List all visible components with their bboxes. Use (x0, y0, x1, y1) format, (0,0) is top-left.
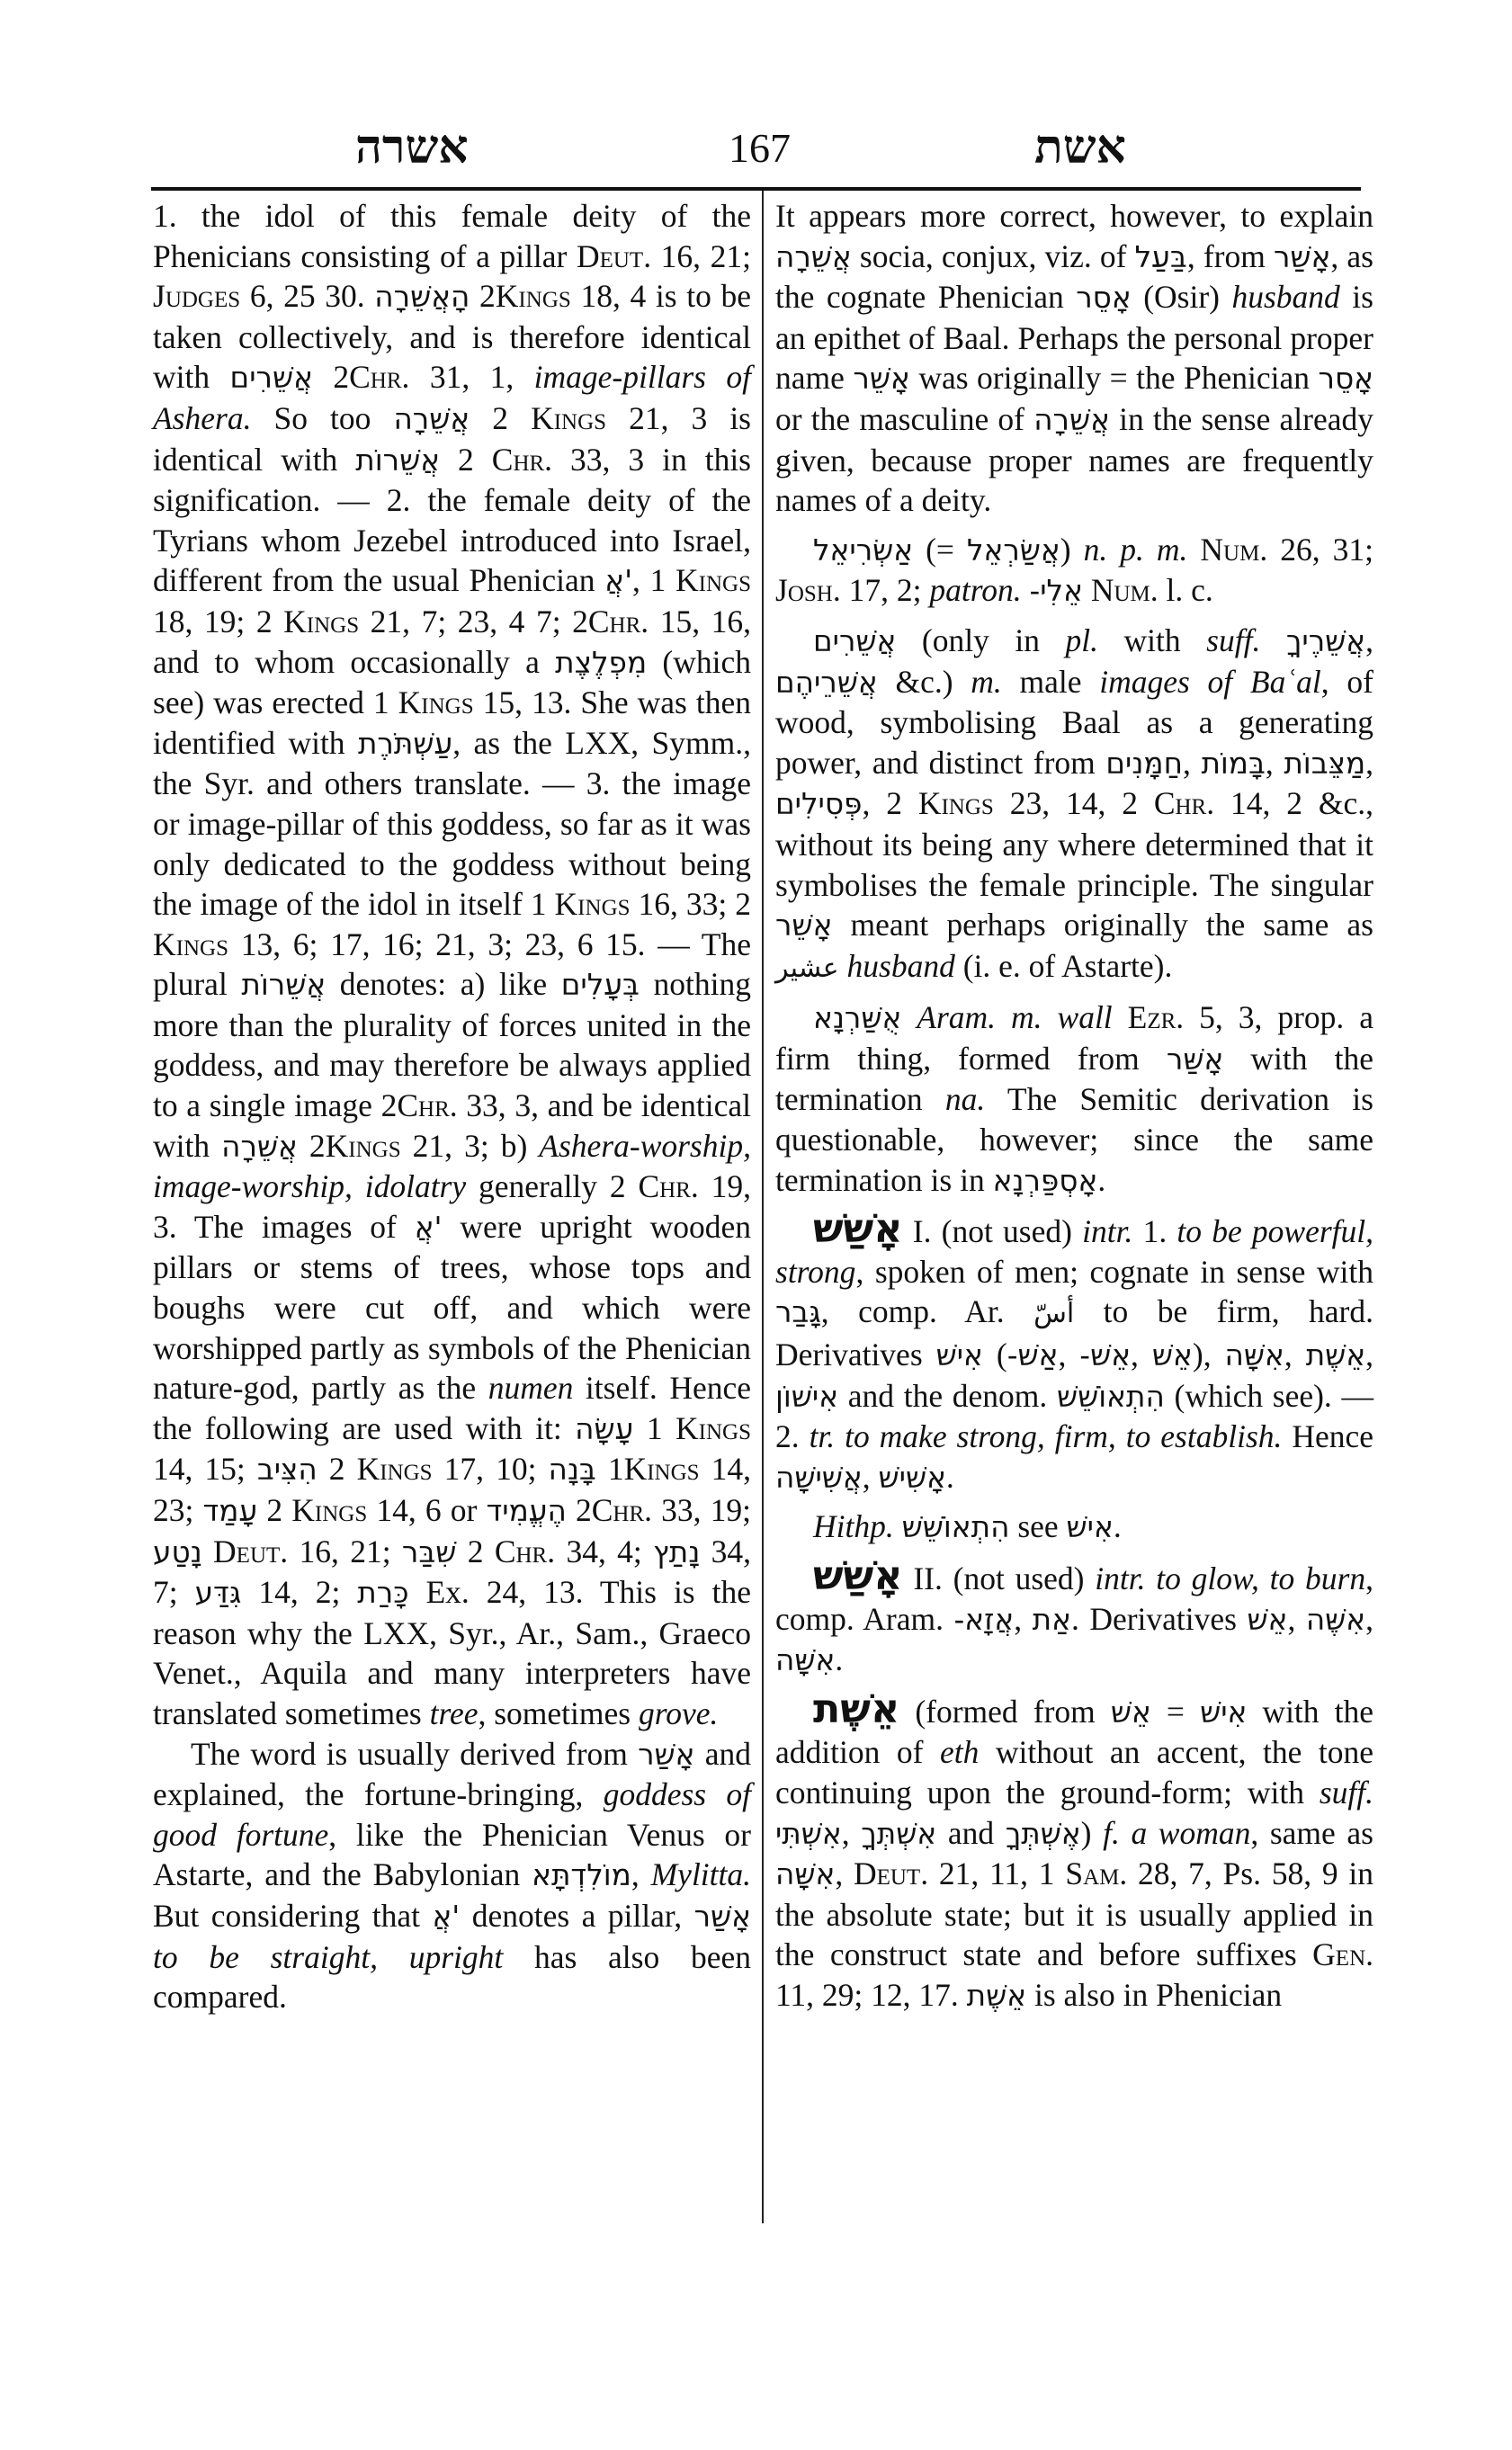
book-reference: Chr. (349, 359, 409, 395)
book-reference: Chr. (1154, 785, 1214, 821)
italic-gloss: images of Baʿal (1099, 664, 1321, 700)
hebrew-word: אָשַׁר (1274, 240, 1330, 274)
italic-gloss: suff. (1206, 622, 1260, 658)
book-reference: Kings (153, 926, 228, 962)
italic-gloss: m. (971, 664, 1002, 700)
dictionary-entry: Hithp. הִתְאוֹשֵׁשׁ see אִישׁ. (775, 1507, 1373, 1548)
paragraph: It appears more correct, however, to exp… (775, 196, 1373, 521)
book-reference: Chr. (592, 1492, 652, 1528)
italic-gloss: to be straight, upright (153, 1939, 503, 1975)
hebrew-word: אָסְפַּרְנָא (993, 1164, 1098, 1198)
book-reference: Deut. (577, 238, 651, 274)
column-divider (762, 191, 764, 2223)
book-reference: Kings (496, 278, 571, 314)
italic-gloss: n. p. m. (1084, 532, 1188, 568)
dictionary-entry: אַשְׂרִיאֵל (= אֲשַׂרְאֵל) n. p. m. Num.… (775, 530, 1373, 612)
book-reference: Num. (1200, 532, 1267, 568)
book-reference: Judges (153, 278, 240, 314)
hebrew-word: אֲשֵׁרִים (230, 361, 313, 395)
hebrew-word: אֵשׁ- (1079, 1338, 1131, 1373)
book-reference: Chr. (495, 1533, 555, 1569)
hebrew-word: מַצֵּבוֹת (1284, 747, 1365, 781)
hebrew-word: אִישׁ (1200, 1695, 1247, 1730)
hebrew-word: כָּרַת (357, 1576, 408, 1610)
running-head-left: אשרה (355, 117, 469, 180)
italic-gloss: patron. (929, 572, 1021, 608)
book-reference: Deut. (213, 1533, 288, 1569)
left-column: 1. the idol of this female deity of the … (153, 196, 751, 2017)
hebrew-word: אֵשׁ (1152, 1338, 1193, 1373)
hebrew-word: אַת (1033, 1603, 1071, 1637)
hebrew-word: אִישׁוֹן (775, 1380, 838, 1414)
hebrew-word: אֲשֵׁרָה (775, 240, 852, 274)
hebrew-word: שִׁבַּר (402, 1535, 456, 1569)
hebrew-word: הָאֲשֵׁרָה (374, 280, 470, 314)
dictionary-entry: אָשַׁשׁ I. (not used) intr. 1. to be pow… (775, 1210, 1373, 1498)
book-reference: Sam. (1065, 1855, 1127, 1891)
italic-gloss: Aram. m. wall (917, 999, 1112, 1035)
book-reference: Kings (398, 684, 474, 720)
hebrew-word: גָּבַר (775, 1295, 821, 1329)
hebrew-word: נָתַץ (653, 1535, 700, 1569)
hebrew-word: אֵשֶׁת (967, 1979, 1026, 2013)
paragraph: The word is usually derived from אָשַׁר … (153, 1734, 751, 2017)
hebrew-word: אֲשֵׁרֶיךָ (1286, 624, 1365, 658)
italic-gloss: goddess of good fortune (153, 1776, 751, 1853)
arabic-word: عشير (775, 952, 839, 984)
book-reference: Chr. (638, 1168, 698, 1204)
italic-gloss: f. a woman (1103, 1815, 1250, 1851)
hebrew-word: גִּדַּע (195, 1576, 242, 1610)
italic-gloss: husband (1231, 279, 1339, 315)
hebrew-word: אָשַּׁר (1167, 1042, 1223, 1077)
header-rule (151, 187, 1361, 191)
book-reference: Ezr. (1128, 999, 1185, 1035)
hebrew-word: אֵלִי- (1029, 574, 1082, 608)
headword: אָשַׁשׁ (813, 1206, 903, 1252)
hebrew-word: אַשׁ- (1007, 1338, 1059, 1373)
hebrew-word: אֲשֵׁרוֹת (355, 443, 440, 478)
headword: אֵשֶׁת (813, 1686, 899, 1732)
hebrew-word: אֲשֵׁרוֹת (241, 968, 326, 1002)
book-reference: Kings (555, 886, 631, 922)
book-reference: Kings (326, 1128, 401, 1164)
italic-gloss: intr. (1082, 1213, 1132, 1249)
hebrew-word: נָטַע (153, 1535, 202, 1569)
dictionary-entry: אֵשֶׁת (formed from אֵשׁ = אִישׁ with th… (775, 1690, 1373, 2016)
hebrew-word: אֶשְׁתְּךָ (1006, 1817, 1081, 1851)
headword: אָשַׁשׁ (813, 1553, 903, 1599)
book-reference: Kings (357, 1451, 433, 1487)
hebrew-word: עָשָׂה (575, 1412, 633, 1446)
hebrew-word: הִתְאוֹשֵׁשׁ (1057, 1380, 1165, 1414)
arabic-word: أسّ (1033, 1298, 1074, 1329)
italic-gloss: grove. (639, 1695, 718, 1731)
italic-gloss: tr. to make strong, firm, to establish. (810, 1418, 1283, 1454)
book-reference: Deut. (854, 1855, 928, 1891)
paragraph: 1. the idol of this female deity of the … (153, 196, 751, 1734)
hebrew-word: עַשְׁתֹּרֶת (358, 727, 452, 761)
page-number: 167 (729, 117, 791, 180)
hebrew-word: מִפְלֶצֶת (555, 646, 647, 680)
italic-gloss: tree (430, 1695, 479, 1731)
book-reference: Kings (531, 400, 606, 436)
hebrew-word: 'אֲ (432, 1900, 460, 1934)
hebrew-word: בְּעָלִים (561, 968, 640, 1002)
italic-gloss: na. (945, 1081, 985, 1117)
hebrew-word: 'אֲ (415, 1211, 443, 1245)
hebrew-word: הִצִּיב (257, 1453, 318, 1487)
book-reference: Chr. (588, 604, 649, 639)
italic-gloss: eth (940, 1734, 979, 1770)
hebrew-word: אֵשֶׁת (1306, 1338, 1365, 1373)
hebrew-word: אִשֶּׁה (1306, 1603, 1365, 1637)
italic-gloss: Mylitta. (651, 1856, 751, 1892)
italic-gloss: suff. (1320, 1775, 1373, 1811)
page-header: אשרה 167 אשת (153, 117, 1358, 189)
hebrew-word: אֵשׁ (1111, 1695, 1151, 1730)
book-reference: Chr. (397, 1087, 457, 1123)
hebrew-word: אֲשִׁישָׁה (775, 1461, 863, 1495)
hebrew-word: אָסֵר (1319, 362, 1373, 396)
book-reference: Kings (624, 1451, 700, 1487)
italic-gloss: Hithp. (813, 1508, 894, 1544)
hebrew-word: אֲשֵׁרָה (393, 402, 470, 436)
right-column: It appears more correct, however, to exp… (775, 196, 1373, 2016)
hebrew-word: חַמָּנִים (1105, 747, 1183, 781)
hebrew-word: בַּעַל (1135, 240, 1187, 274)
hebrew-word: אִשָּׁה (775, 1857, 835, 1891)
hebrew-word: הֶעֱמִיד (486, 1494, 566, 1528)
hebrew-word: אֲשֵׁרִים (813, 624, 896, 658)
book-reference: Kings (675, 1410, 751, 1446)
italic-gloss: husband (847, 948, 955, 984)
hebrew-word: אָסֵר (1076, 281, 1131, 315)
book-reference: Kings (675, 562, 751, 598)
italic-gloss: numen (488, 1370, 574, 1406)
hebrew-word: אֲזָא- (954, 1603, 1015, 1637)
book-reference: Kings (283, 604, 359, 639)
book-reference: Gen. (1312, 1936, 1373, 1972)
hebrew-word: בָּנָה (548, 1453, 595, 1487)
italic-gloss: intr. to glow, to burn (1095, 1560, 1365, 1596)
hebrew-word: אִישׁ (936, 1338, 983, 1373)
hebrew-word: אֵשׁ (1247, 1603, 1287, 1637)
hebrew-word: מוֹלִדְתָּא (532, 1858, 631, 1892)
dictionary-entry: אֻשַּׁרְנָא Aram. m. wall Ezr. 5, 3, pro… (775, 997, 1373, 1201)
hebrew-word: אֲשֵׁרָה (221, 1130, 298, 1164)
hebrew-word: הִתְאוֹשֵׁשׁ (902, 1510, 1010, 1544)
hebrew-word: אָשַׁר (694, 1900, 751, 1934)
book-reference: Josh. (775, 572, 841, 608)
hebrew-word: בָּמוֹת (1201, 747, 1265, 781)
book-reference: Chr. (492, 442, 552, 478)
hebrew-word: אִשְׁתְּךָ (861, 1817, 936, 1851)
running-head-right: אשת (1034, 117, 1126, 180)
book-reference: Kings (291, 1492, 367, 1528)
hebrew-word: אָשֵׁר (775, 908, 832, 943)
hebrew-word: אָשִׁישׁ (879, 1461, 946, 1495)
hebrew-word: אִשָּׁה (1225, 1338, 1284, 1373)
hebrew-word: פְּסִילִים (775, 787, 862, 821)
hebrew-word: אֲשֵׁרָה (1033, 403, 1110, 437)
hebrew-word: 'אֲ (604, 564, 632, 598)
hebrew-word: אֻשַּׁרְנָא (813, 1001, 901, 1035)
hebrew-word: אִשָּׁה (775, 1643, 835, 1677)
hebrew-word: אִשְׁתִּי (775, 1817, 842, 1851)
dictionary-entry: אֲשֵׁרִים (only in pl. with suff. אֲשֵׁר… (775, 621, 1373, 988)
hebrew-word: אַשְׂרִיאֵל (813, 533, 913, 568)
hebrew-word: אֲשֵׁרֵיהֶם (775, 666, 878, 700)
italic-gloss: pl. (1066, 622, 1099, 658)
hebrew-word: אָשֵׁר (853, 362, 909, 396)
book-reference: Num. (1091, 572, 1159, 608)
book-reference: Kings (918, 785, 994, 821)
hebrew-word: עָמַד (202, 1494, 257, 1528)
hebrew-word: אָשַׁר (638, 1738, 694, 1772)
dictionary-entry: אָשַׁשׁ II. (not used) intr. to glow, to… (775, 1557, 1373, 1681)
hebrew-word: אֲשַׂרְאֵל (967, 533, 1060, 568)
hebrew-word: אִישׁ (1067, 1510, 1114, 1544)
